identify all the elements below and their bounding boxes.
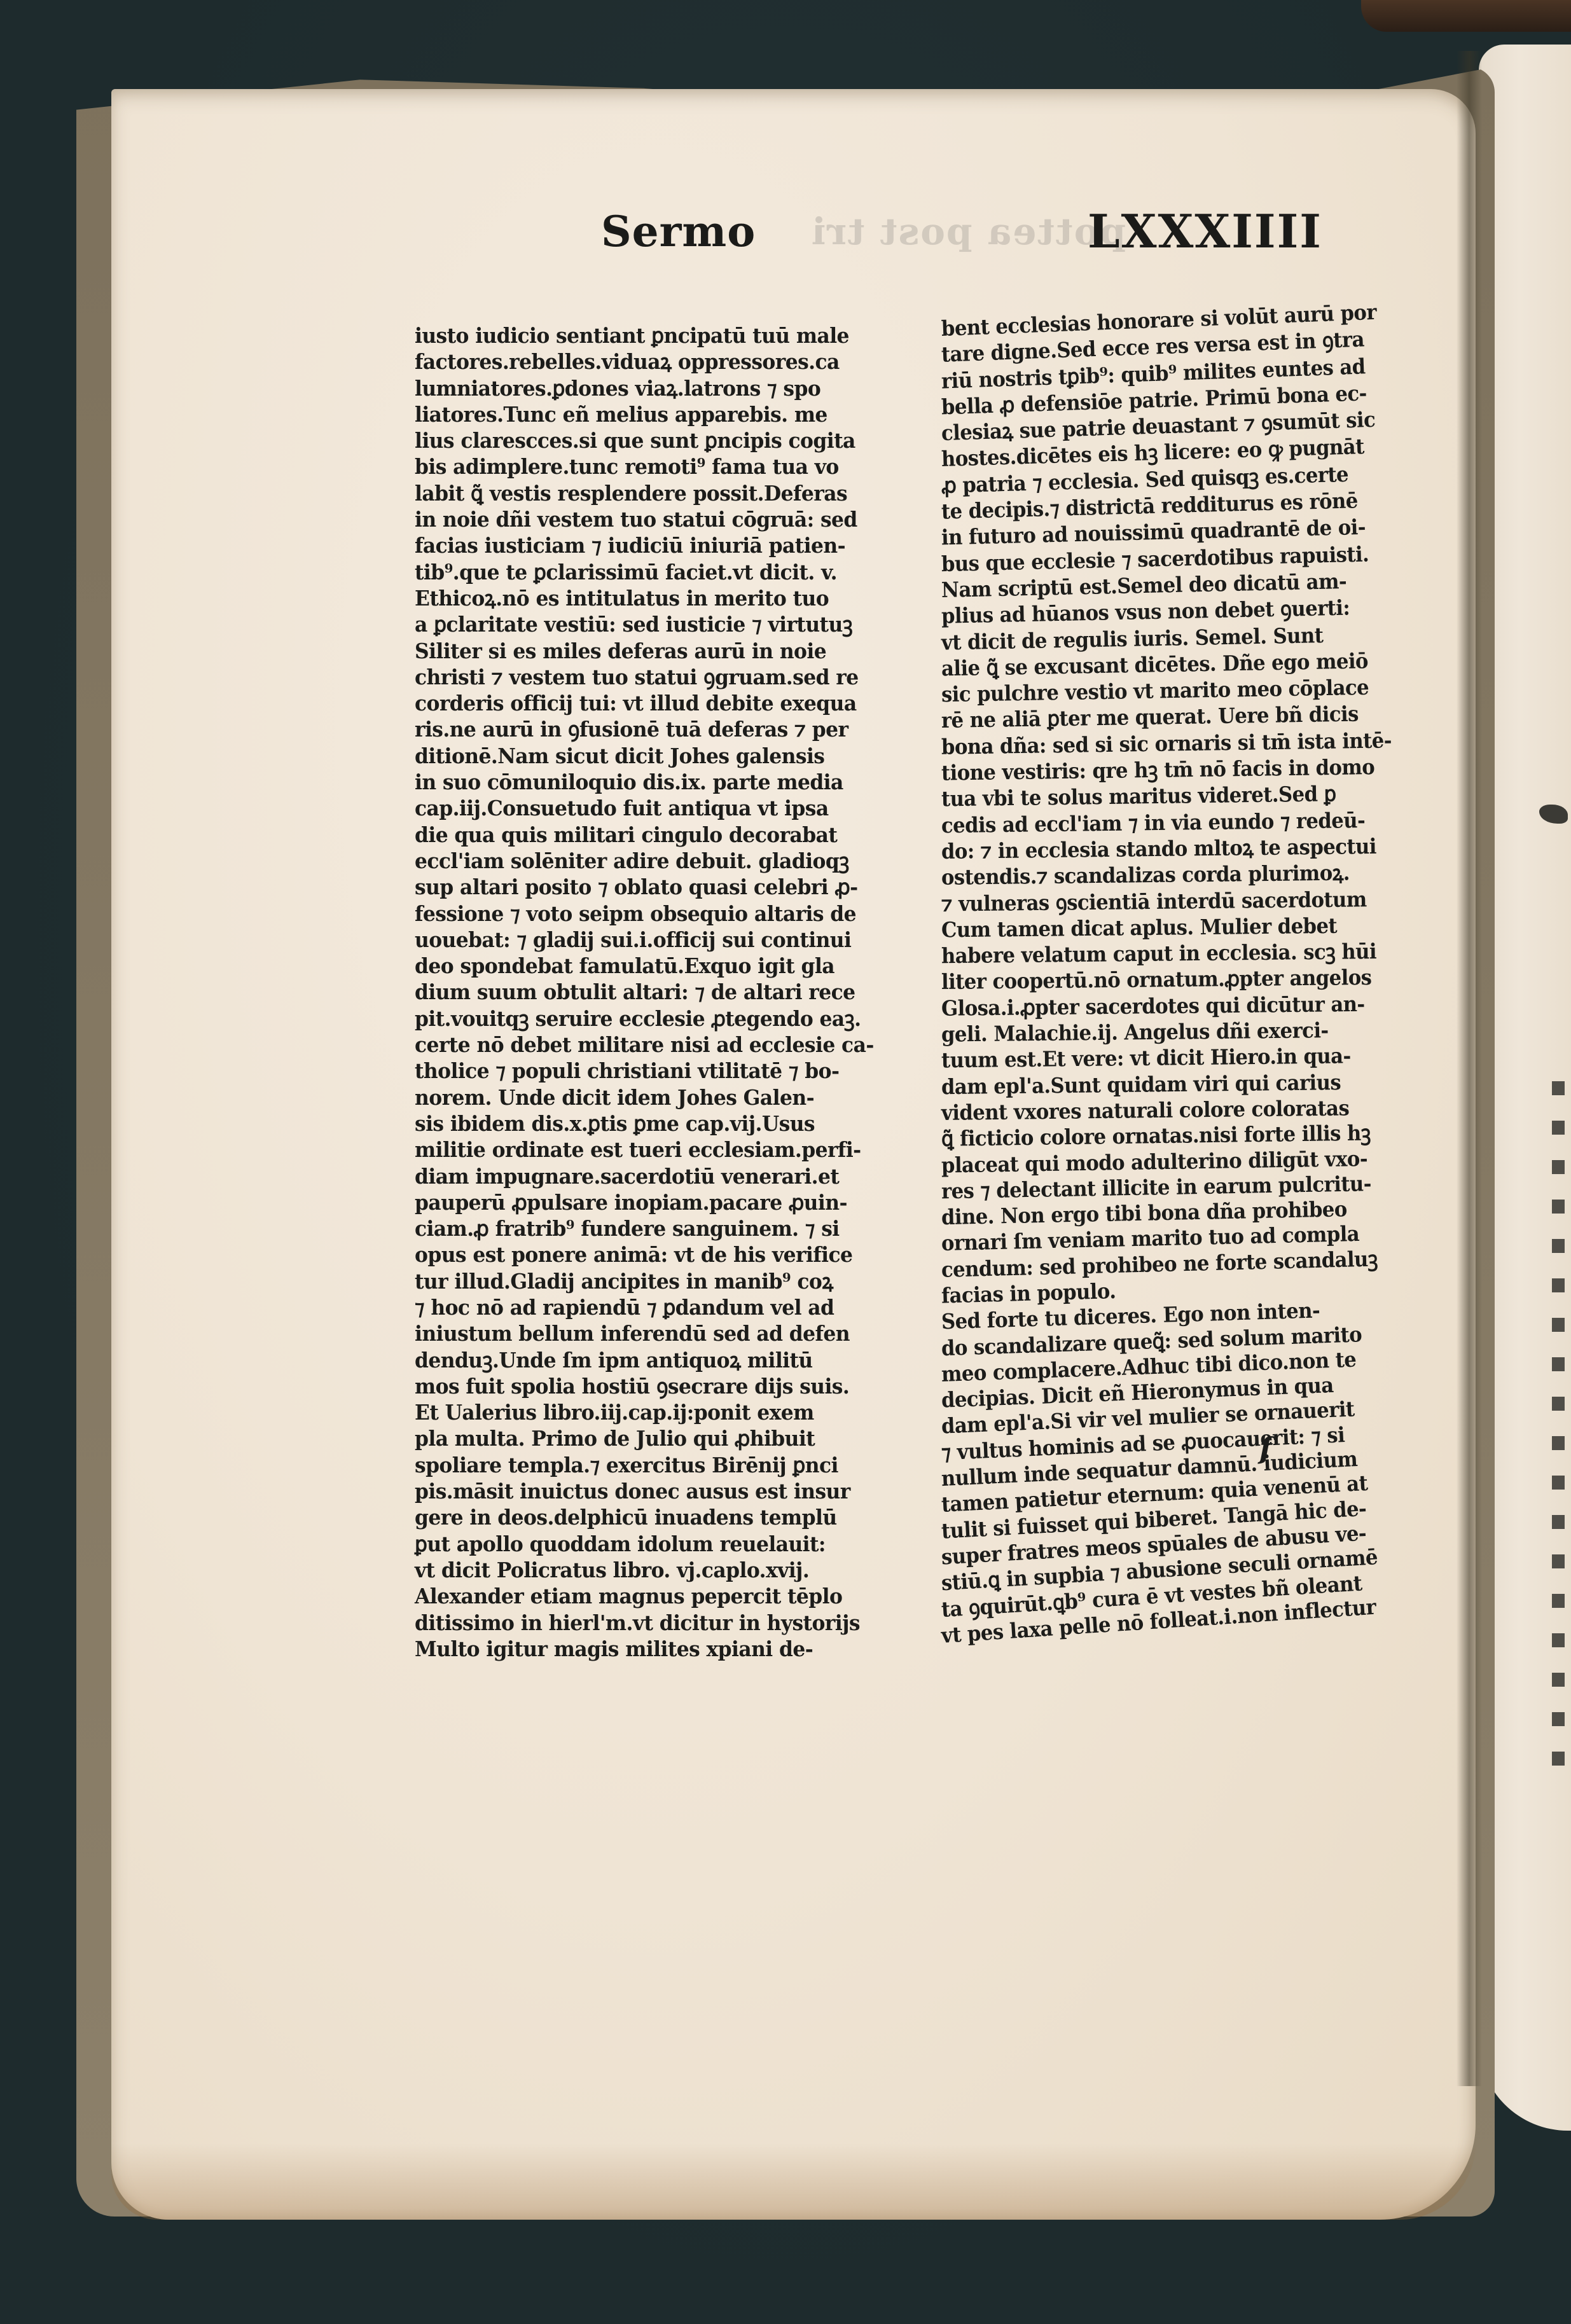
text-line: pis.māsit inuictus donec ausus est insur [415, 1478, 922, 1504]
text-line: iniustum bellum inferendū sed ad defen [415, 1320, 922, 1346]
text-line: lumniatores.ꝑdones viaꝝ.latrons ⁊ spo [415, 375, 922, 401]
text-line: in suo cōmuniloquio dis.ix. parte media [415, 769, 922, 795]
text-line: tholice ⁊ populi christiani vtilitatē ⁊ … [415, 1058, 922, 1084]
gutter-shadow [1457, 51, 1482, 2086]
text-line: factores.rebelles.viduaꝝ oppressores.ca [415, 349, 922, 375]
text-column-right: bent ecclesias honorare si volūt aurū po… [941, 315, 1444, 1655]
text-line: fessione ⁊ voto seipm obsequio altaris d… [415, 901, 922, 927]
text-line: Siliter si es miles deferas aurū in noie [415, 638, 922, 664]
text-line: cap.iij.Consuetudo fuit antiqua vt ipsa [415, 795, 922, 821]
text-line: liatores.Tunc eñ melius apparebis. me [415, 401, 922, 427]
text-line: tur illud.Gladij ancipites in manib⁹ coꝝ [415, 1268, 922, 1294]
text-line: opus est ponere animā: vt de his verific… [415, 1242, 922, 1268]
text-line: facias iusticiam ⁊ iudiciū iniuriā patie… [415, 532, 922, 558]
text-line: certe nō debet militare nisi ad ecclesie… [415, 1032, 922, 1058]
text-line: eccl'iam solēniter adire debuit. gladioq… [415, 848, 922, 874]
text-line: lius clarescces.si que sunt ꝑncipis cogi… [415, 427, 922, 453]
book-cover-corner [1361, 0, 1571, 32]
text-line: iusto iudicio sentiant ꝑncipatū tuū male [415, 322, 922, 349]
text-line: ꝑut apollo quoddam idolum reuelauit: [415, 1531, 922, 1557]
text-line: pauperū ꝓpulsare inopiam.pacare ꝓuin‑ [415, 1189, 922, 1215]
text-line: dium suum obtulit altari: ⁊ de altari re… [415, 979, 922, 1005]
signature-mark: f [1259, 1431, 1272, 1465]
running-head-title: Sermo [601, 207, 756, 256]
text-line: bis adimplere.tunc remoti⁹ fama tua vo [415, 453, 922, 480]
text-line: uouebat: ⁊ gladij sui.i.officij sui cont… [415, 927, 922, 953]
text-line: christi ⁊ vestem tuo statui ꝯgruam.sed r… [415, 664, 922, 690]
text-line: pit.vouitqꝫ seruire ecclesie ꝓtegendo ea… [415, 1006, 922, 1032]
running-head: Sermo LXXXIIII [0, 207, 1571, 264]
text-line: Alexander etiam magnus pepercit tēplo [415, 1583, 922, 1609]
text-line: Et Ualerius libro.iij.cap.ij:ponit exem [415, 1399, 922, 1425]
text-line: militie ordinate est tueri ecclesiam.per… [415, 1137, 922, 1163]
text-line: tib⁹.que te ꝑclarissimū faciet.vt dicit.… [415, 559, 922, 585]
text-line: die qua quis militari cingulo decorabat [415, 822, 922, 848]
text-line: denduꝫ.Unde ſm ipm antiquoꝝ militū [415, 1347, 922, 1373]
text-line: ditionē.Nam sicut dicit Johes galensis [415, 743, 922, 769]
text-line: mos fuit spolia hostiū ꝯsecrare dijs sui… [415, 1373, 922, 1399]
text-line: spoliare templa.⁊ exercitus Birēnij ꝑnci [415, 1452, 922, 1478]
facing-page-text-fragment [1552, 1081, 1565, 1781]
text-line: corderis officij tui: vt illud debite ex… [415, 690, 922, 716]
text-line: sis ibidem dis.x.ꝑtis ꝑme cap.vij.Usus [415, 1110, 922, 1137]
text-line: vt dicit Policratus libro. vj.caplo.xvij… [415, 1557, 922, 1583]
text-line: Ethicoꝝ.nō es intitulatus in merito tuo [415, 585, 922, 611]
text-line: gere in deos.delphicū inuadens templū [415, 1504, 922, 1530]
text-line: ciam.ꝓ fratrib⁹ fundere sanguinem. ⁊ si [415, 1215, 922, 1242]
text-line: in noie dñi vestem tuo statui cōgruā: se… [415, 506, 922, 532]
text-line: pla multa. Primo de Julio qui ꝓhibuit [415, 1425, 922, 1451]
text-line: sup altari posito ⁊ oblato quasi celebri… [415, 874, 922, 900]
text-line: a ꝑclaritate vestiū: sed iusticie ⁊ virt… [415, 611, 922, 637]
text-column-left: iusto iudicio sentiant ꝑncipatū tuū male… [415, 322, 949, 1662]
text-line: norem. Unde dicit idem Johes Galen‑ [415, 1084, 922, 1110]
text-line: ditissimo in hierl'm.vt dicitur in hysto… [415, 1610, 922, 1636]
text-line: diam impugnare.sacerdotiū venerari.et [415, 1163, 922, 1189]
text-line: labit ꝗ̃ vestis resplendere possit.Defer… [415, 480, 922, 506]
text-line: deo spondebat famulatū.Exquo igit gla [415, 953, 922, 979]
text-line: ⁊ hoc nō ad rapiendū ⁊ ꝑdandum vel ad [415, 1294, 922, 1320]
text-line: ris.ne aurū in ꝯfusionē tuā deferas ⁊ pe… [415, 716, 922, 742]
folio-number: LXXXIIII [1088, 204, 1322, 258]
text-line: Multo igitur magis milites xpiani de‑ [415, 1636, 922, 1662]
